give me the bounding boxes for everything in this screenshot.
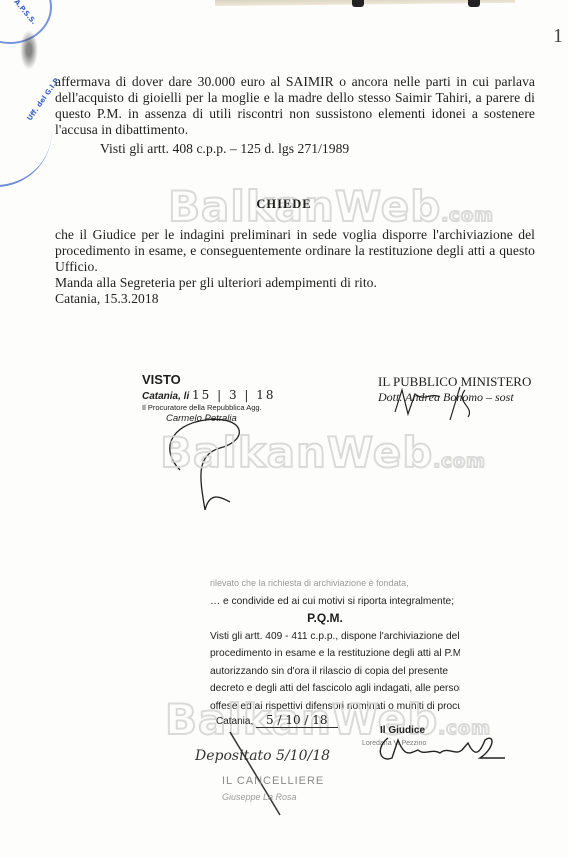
visto-date: Catania, li 15 | 3 | 18 xyxy=(142,388,276,402)
pm-signature xyxy=(390,382,510,422)
body-paragraph-2: che il Giudice per le indagini prelimina… xyxy=(55,227,535,307)
decree-line: … e condivide ed ai cui motivi si riport… xyxy=(210,593,460,611)
decree-place-date: Catania, 5 / 10 / 18 xyxy=(216,713,338,727)
page-number-mark: 1 xyxy=(553,25,563,48)
body-paragraph-1: affermava di dover dare 30.000 euro al S… xyxy=(55,74,535,138)
decree-line: autorizzando sin d'ora il rilascio di co… xyxy=(210,663,460,681)
decree-block: rilevato che la richiesta di archiviazio… xyxy=(210,575,460,715)
visti-line: Visti gli artt. 408 c.p.p. – 125 d. lgs … xyxy=(55,141,535,157)
pqm-heading: P.Q.M. xyxy=(210,610,460,628)
place-date: Catania, 15.3.2018 xyxy=(55,291,535,307)
decree-faded-line: rilevato che la richiesta di archiviazio… xyxy=(210,575,460,593)
manda-line: Manda alla Segreteria per gli ulteriori … xyxy=(55,275,535,291)
binder-clip xyxy=(352,0,364,7)
decree-line: decreto e degli atti del fascicolo agli … xyxy=(210,680,460,698)
decree-line: Visti gli artt. 409 - 411 c.p.p., dispon… xyxy=(210,628,460,646)
decree-line: procedimento in esame e la restituzione … xyxy=(210,645,460,663)
visto-signature xyxy=(150,410,270,520)
visto-title: VISTO xyxy=(142,372,181,387)
chiede-heading: CHIEDE xyxy=(0,197,568,212)
binder-clip xyxy=(468,0,480,7)
ink-blot xyxy=(20,30,38,70)
chancellor-name: Giuseppe La Rosa xyxy=(222,792,297,802)
chancellor-title: IL CANCELLIERE xyxy=(222,775,324,787)
judge-signature xyxy=(370,728,510,768)
